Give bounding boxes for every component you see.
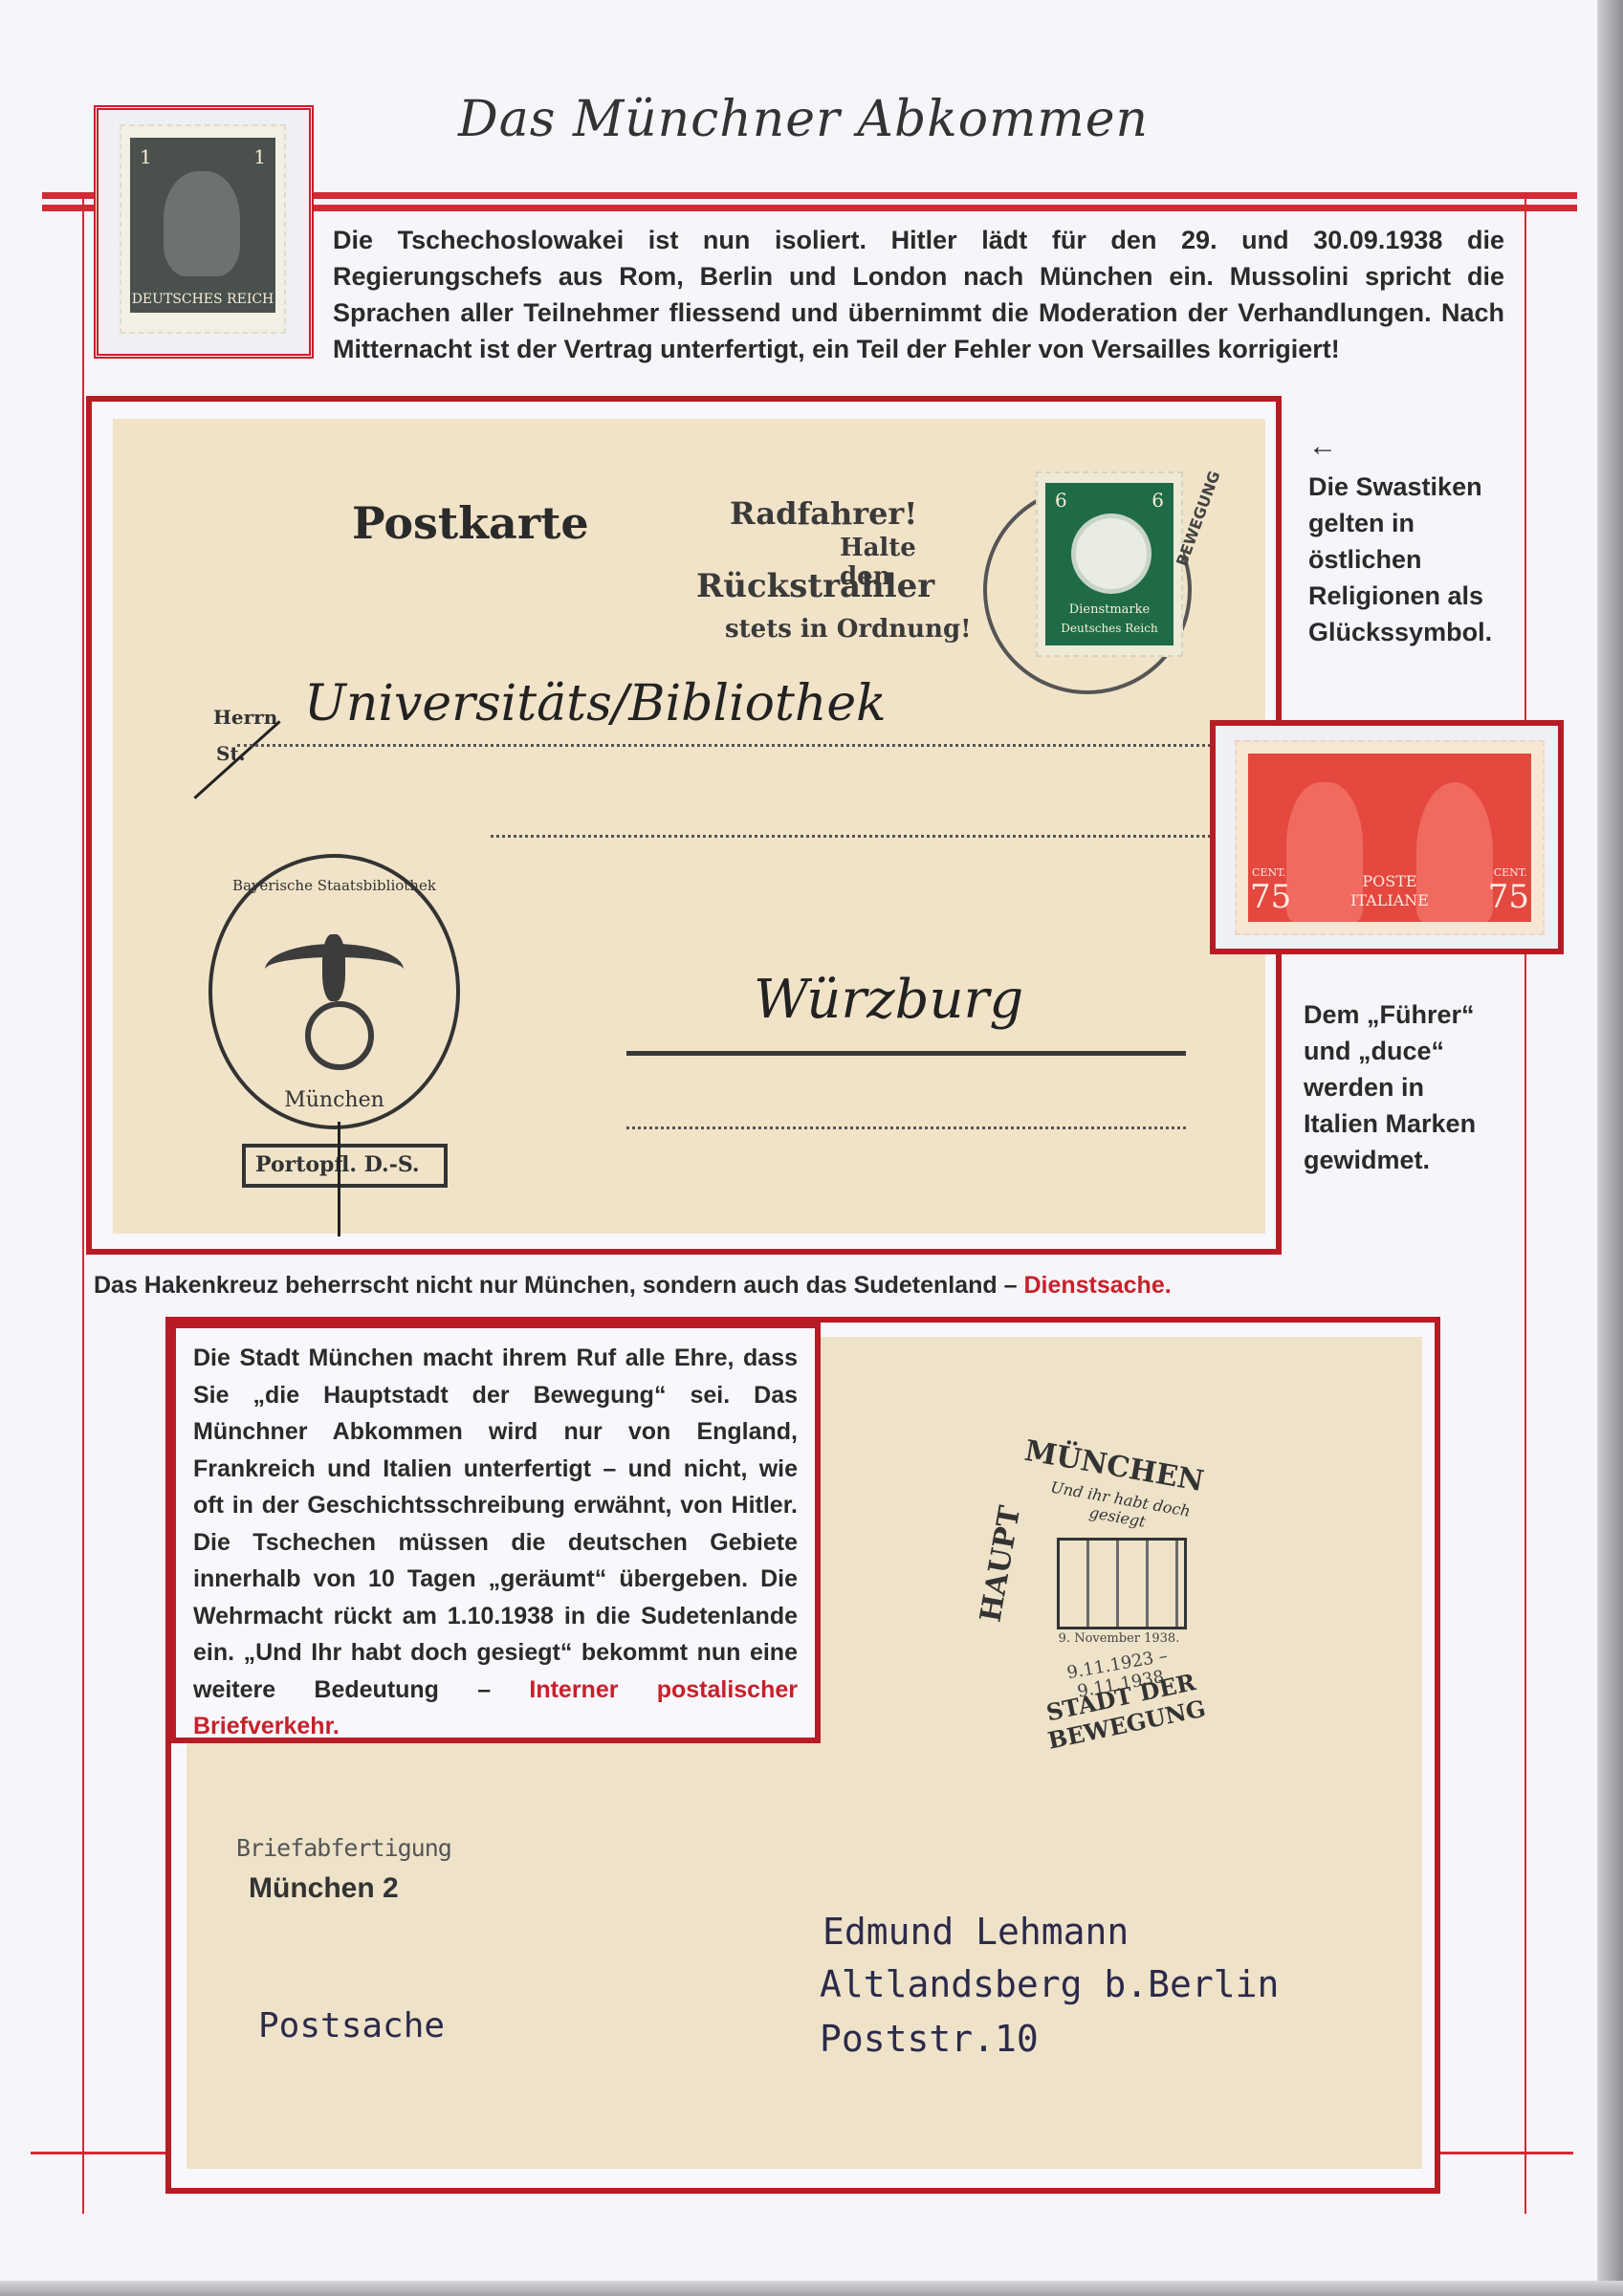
side-note-line: gelten in <box>1308 505 1492 541</box>
sender-stamp-line-2: München 2 <box>249 1872 399 1905</box>
description-text: Die Stadt München macht ihrem Ruf alle E… <box>193 1345 798 1703</box>
address-line-1 <box>237 744 1251 747</box>
bottom-rule-right <box>1439 2152 1573 2154</box>
stamp-value-left: 1 <box>140 145 152 168</box>
side-note-symbol: Die Swastiken gelten in östlichen Religi… <box>1308 469 1492 650</box>
address-line-3 <box>626 1126 1186 1129</box>
portobox: Portopfl. D.-S. <box>242 1144 448 1188</box>
recipient-line-3: Poststr.10 <box>820 2018 1039 2060</box>
stamp-germany: 1 1 DEUTSCHES REICH <box>120 124 286 334</box>
stamp-line-1: POSTE <box>1342 872 1437 890</box>
page-edge <box>1597 0 1623 2296</box>
side-note-line: werden in <box>1304 1069 1476 1105</box>
stamp-value-right: 6 <box>1151 489 1164 512</box>
arrow-left-icon: ← <box>1308 428 1337 465</box>
side-note-italy: Dem „Führer“ und „duce“ werden in Italie… <box>1304 996 1476 1178</box>
city-handwritten: Würzburg <box>754 969 1023 1031</box>
side-note-line: gewidmet. <box>1304 1142 1476 1178</box>
stamp-line-2: ITALIANE <box>1337 891 1442 909</box>
stamp-dienstmarke-face: 6 6 Dienstmarke Deutsches Reich <box>1045 483 1173 645</box>
seal-text-top: Bayerische Staatsbibliothek <box>231 877 437 894</box>
caption-text: Das Hakenkreuz beherrscht nicht nur Münc… <box>94 1272 1023 1299</box>
library-seal: Bayerische Staatsbibliothek München <box>208 854 460 1129</box>
stamp-frame-italy: CENT. 75 CENT. 75 POSTE ITALIANE <box>1210 720 1564 954</box>
stamp-germany-face: 1 1 DEUTSCHES REICH <box>130 138 275 313</box>
address-prefix-herrn: Herrn <box>213 706 277 729</box>
portrait-silhouette <box>164 171 240 276</box>
stamp-frame-germany: 1 1 DEUTSCHES REICH <box>94 105 314 359</box>
recipient-line-1: Edmund Lehmann <box>822 1911 1129 1953</box>
intro-paragraph: Die Tschechoslowakei ist nun isoliert. H… <box>333 222 1504 367</box>
stamp-value-right: 75 <box>1488 878 1529 916</box>
stamp-line-1: Dienstmarke <box>1045 602 1173 617</box>
stamp-value-left: 6 <box>1055 489 1067 512</box>
seal-text-bottom: München <box>212 1088 456 1112</box>
wreath-emblem <box>1071 514 1151 594</box>
side-note-line: Religionen als <box>1308 578 1492 614</box>
slogan-line-3: Rückstrahler <box>696 567 934 605</box>
recipient-line-2: Altlandsberg b.Berlin <box>820 1963 1279 2005</box>
side-note-line: östlichen <box>1308 541 1492 578</box>
side-note-line: Italien Marken <box>1304 1105 1476 1142</box>
postsache-label: Postsache <box>258 2006 445 2045</box>
postcard-heading: Postkarte <box>352 497 589 549</box>
stamp-italy: CENT. 75 CENT. 75 POSTE ITALIANE <box>1235 740 1545 935</box>
city-underline <box>626 1051 1186 1056</box>
postmark-outer-left: HAUPT <box>974 1503 1027 1625</box>
feldherrnhalle-image <box>1057 1538 1187 1629</box>
postcard-1: Postkarte Radfahrer! Halte den Rückstrah… <box>113 419 1265 1234</box>
address-line-2 <box>491 835 1251 838</box>
right-margin-line <box>1524 196 1526 2214</box>
slogan-line-4: stets in Ordnung! <box>725 615 972 644</box>
sender-stamp-line-1: Briefabfertigung <box>236 1834 451 1862</box>
strike-line <box>193 720 280 799</box>
page-title: Das Münchner Abkommen <box>421 91 1186 148</box>
slogan-cancel: Radfahrer! Halte den Rückstrahler stets … <box>696 495 974 658</box>
wreath-emblem <box>305 1001 374 1070</box>
stamp-value-right: 1 <box>253 145 266 168</box>
eagle-body <box>322 934 345 1001</box>
left-margin-line <box>82 196 84 2214</box>
page-bottom-edge <box>0 2281 1623 2296</box>
side-note-line: und „duce“ <box>1304 1033 1476 1069</box>
caption-accent: Dienstsache. <box>1023 1272 1171 1299</box>
bottom-rule <box>31 2152 169 2154</box>
postmark-date: 9. November 1938. <box>1047 1631 1191 1646</box>
side-note-line: Dem „Führer“ <box>1304 996 1476 1033</box>
slogan-line-1: Radfahrer! <box>730 495 917 532</box>
commemorative-postmark: MÜNCHEN HAUPT Und ihr habt doch gesiegt … <box>971 1432 1258 1719</box>
address-handwritten: Universitäts/Bibliothek <box>304 675 887 733</box>
stamp-italy-face: CENT. 75 CENT. 75 POSTE ITALIANE <box>1248 754 1531 922</box>
caption-postcard-1: Das Hakenkreuz beherrscht nicht nur Münc… <box>94 1272 1172 1300</box>
stamp-dienstmarke: 6 6 Dienstmarke Deutsches Reich <box>1036 471 1183 657</box>
strike-line-2 <box>338 1122 340 1236</box>
description-box: Die Stadt München macht ihrem Ruf alle E… <box>170 1323 821 1743</box>
side-note-line: Glückssymbol. <box>1308 614 1492 650</box>
stamp-inscription: DEUTSCHES REICH <box>130 292 275 307</box>
stamp-line-2: Deutsches Reich <box>1045 622 1173 635</box>
side-note-line: Die Swastiken <box>1308 469 1492 505</box>
stamp-value-left: 75 <box>1250 878 1291 916</box>
